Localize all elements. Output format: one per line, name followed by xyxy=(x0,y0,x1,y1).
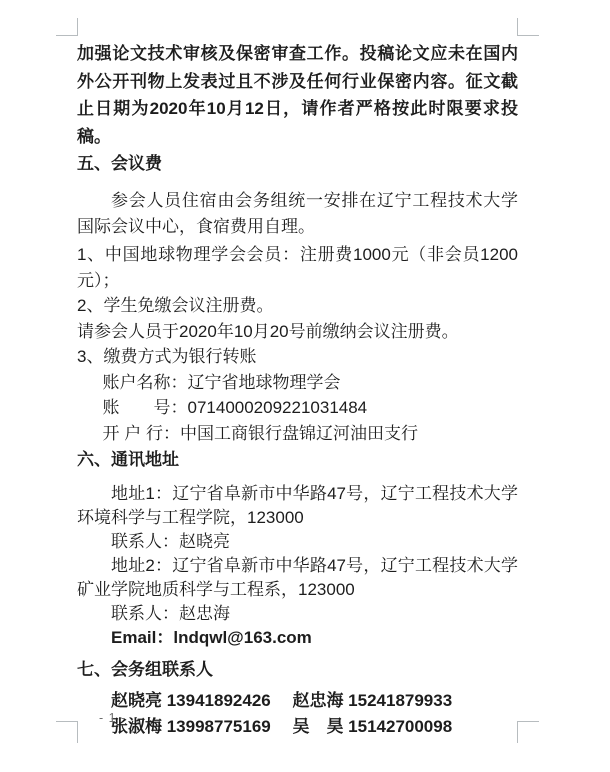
organizer-contacts-line-1: 赵晓亮 13941892426 赵忠海 15241879933 xyxy=(77,688,518,714)
contact-person-1: 联系人：赵晓亮 xyxy=(77,530,518,554)
section-6-heading: 六、通讯地址 xyxy=(77,446,518,473)
intro-paragraph: 加强论文技术审核及保密审查工作。投稿论文应未在国内外公开刊物上发表过且不涉及任何… xyxy=(77,40,518,150)
organizer-contacts-line-2: 张淑梅 13998775169 吴 昊 15142700098 xyxy=(77,714,518,740)
fee-item-3: 3、缴费方式为银行转账 xyxy=(77,344,518,370)
document-content: 加强论文技术审核及保密审查工作。投稿论文应未在国内外公开刊物上发表过且不涉及任何… xyxy=(77,40,518,739)
payment-deadline-note: 请参会人员于2020年10月20号前缴纳会议注册费。 xyxy=(77,319,518,345)
document-page: 加强论文技术审核及保密审查工作。投稿论文应未在国内外公开刊物上发表过且不涉及任何… xyxy=(0,0,610,772)
section-5-heading: 五、会议费 xyxy=(77,150,518,177)
bank-account-number: 账 号：0714000209221031484 xyxy=(77,395,518,421)
crop-mark-top-right-icon xyxy=(517,18,539,36)
bank-branch: 开 户 行：中国工商银行盘锦辽河油田支行 xyxy=(77,421,518,447)
section-7-heading: 七、会务组联系人 xyxy=(77,656,518,683)
crop-mark-bottom-left-icon xyxy=(56,721,78,743)
bank-account-name: 账户名称：辽宁省地球物理学会 xyxy=(77,370,518,396)
contact-person-2: 联系人：赵忠海 xyxy=(77,602,518,626)
page-number: - 1 - xyxy=(99,711,126,726)
fee-item-1: 1、中国地球物理学会会员：注册费1000元（非会员1200元）； xyxy=(77,242,518,293)
accommodation-paragraph: 参会人员住宿由会务组统一安排在辽宁工程技术大学国际会议中心，食宿费用自理。 xyxy=(77,188,518,239)
crop-mark-bottom-right-icon xyxy=(517,721,539,743)
crop-mark-top-left-icon xyxy=(56,18,78,36)
address-2: 地址2：辽宁省阜新市中华路47号，辽宁工程技术大学矿业学院地质科学与工程系，12… xyxy=(77,554,518,602)
fee-item-2: 2、学生免缴会议注册费。 xyxy=(77,293,518,319)
email-line: Email：lndqwl@163.com xyxy=(77,626,518,650)
section-6-body: 地址1：辽宁省阜新市中华路47号，辽宁工程技术大学环境科学与工程学院，12300… xyxy=(77,482,518,650)
address-1: 地址1：辽宁省阜新市中华路47号，辽宁工程技术大学环境科学与工程学院，12300… xyxy=(77,482,518,530)
